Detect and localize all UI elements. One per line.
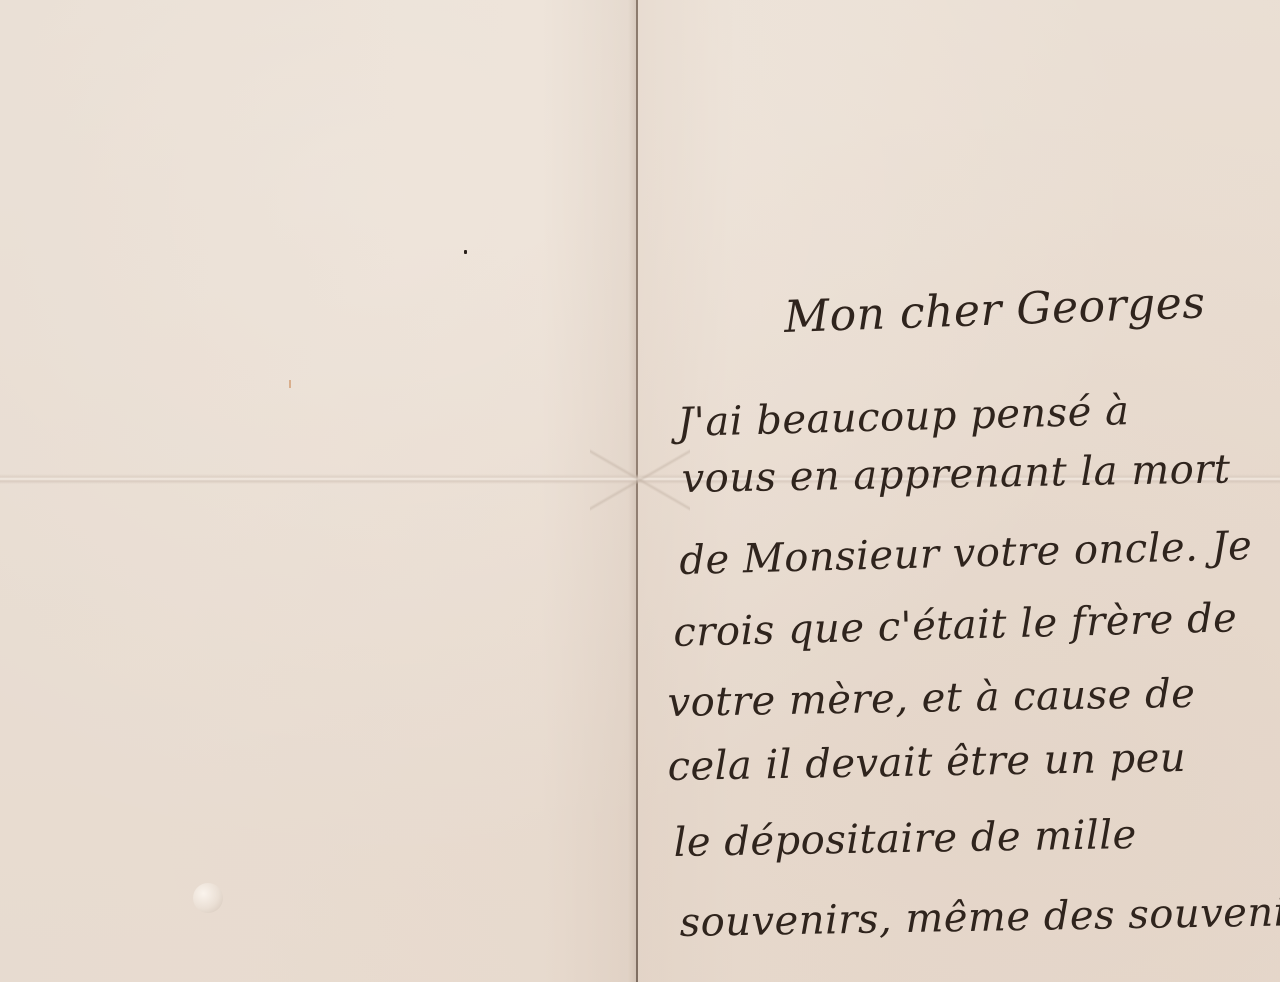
letter-line: crois que c'était le frère de — [673, 595, 1238, 656]
letter-line: vous en apprenant la mort — [681, 446, 1231, 502]
salutation: Mon cher Georges — [783, 277, 1206, 343]
letter-body: Mon cher Georges J'ai beaucoup pensé à v… — [660, 0, 1260, 982]
letter-line: J'ai beaucoup pensé à — [677, 388, 1130, 446]
ink-spot — [464, 250, 467, 254]
embossed-circle-mark — [193, 883, 223, 913]
left-page-blank — [0, 0, 637, 982]
letter-line: votre mère, et à cause de — [667, 671, 1196, 726]
foxing-mark — [289, 380, 291, 388]
letter-line: souvenirs, même des souvenirs — [679, 889, 1280, 946]
letter-line: de Monsieur votre oncle. Je — [679, 523, 1253, 584]
letter-sheet: Mon cher Georges J'ai beaucoup pensé à v… — [0, 0, 1280, 982]
letter-line: le dépositaire de mille — [673, 812, 1137, 866]
letter-line: cela il devait être un peu — [667, 735, 1186, 790]
